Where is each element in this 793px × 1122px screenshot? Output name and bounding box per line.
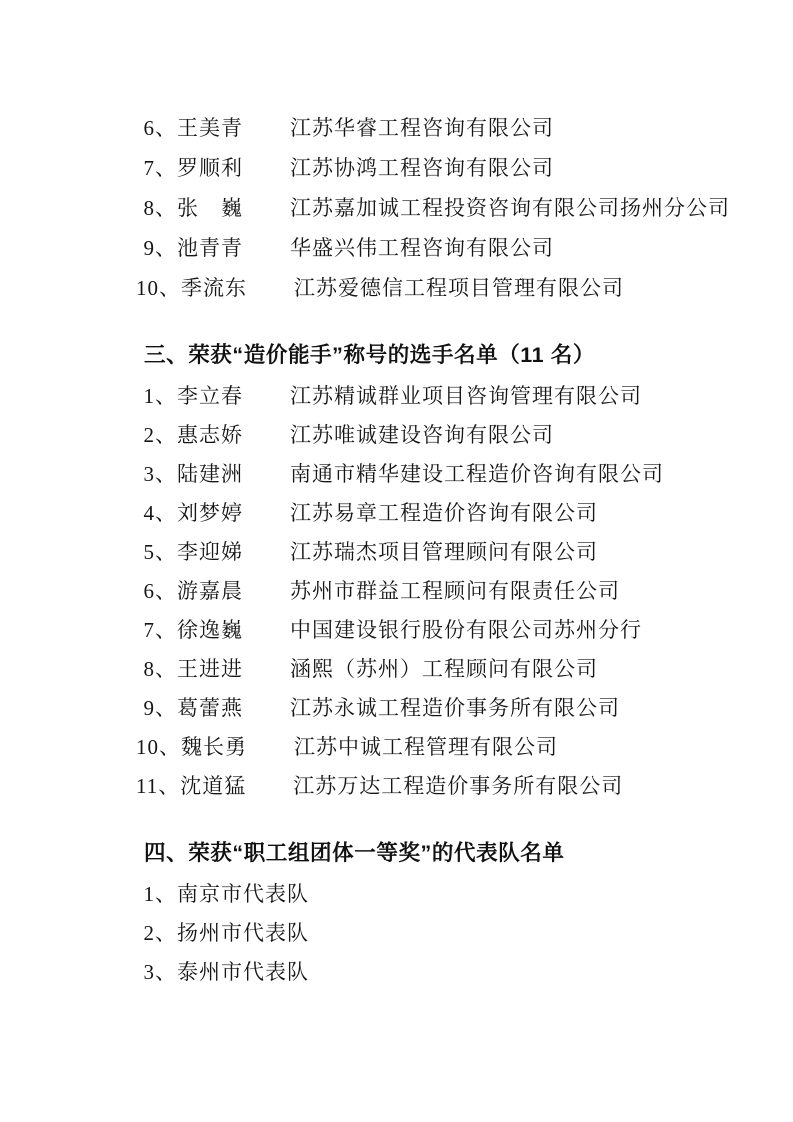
person-name: 陆建洲 <box>177 455 290 494</box>
organization-name: 江苏易章工程造价咨询有限公司 <box>290 494 753 533</box>
organization-name: 江苏华睿工程咨询有限公司 <box>290 108 753 148</box>
list-item: 8、 张 巍 江苏嘉加诚工程投资咨询有限公司扬州分公司 <box>136 188 753 228</box>
organization-name: 中国建设银行股份有限公司苏州分行 <box>290 611 753 650</box>
list-item: 11、 沈道猛 江苏万达工程造价事务所有限公司 <box>136 767 753 806</box>
organization-name: 江苏协鸿工程咨询有限公司 <box>290 148 753 188</box>
list-item: 6、 王美青 江苏华睿工程咨询有限公司 <box>136 108 753 148</box>
organization-name: 江苏中诚工程管理有限公司 <box>294 728 753 767</box>
list-item: 9、 葛蕾燕 江苏永诚工程造价事务所有限公司 <box>136 689 753 728</box>
item-number: 8、 <box>136 650 177 689</box>
list-item: 10、 季流东 江苏爱德信工程项目管理有限公司 <box>136 268 753 308</box>
organization-name: 苏州市群益工程顾问有限责任公司 <box>290 572 753 611</box>
organization-name: 江苏唯诚建设咨询有限公司 <box>290 416 753 455</box>
person-name: 葛蕾燕 <box>177 689 290 728</box>
item-number: 2、 <box>136 914 177 953</box>
list-item: 4、 刘梦婷 江苏易章工程造价咨询有限公司 <box>136 494 753 533</box>
list-item: 7、 徐逸巍 中国建设银行股份有限公司苏州分行 <box>136 611 753 650</box>
person-name: 刘梦婷 <box>177 494 290 533</box>
item-number: 6、 <box>136 108 177 148</box>
person-name: 李立春 <box>177 377 290 416</box>
list-item: 8、 王进进 涵熙（苏州）工程顾问有限公司 <box>136 650 753 689</box>
person-name: 罗顺利 <box>177 148 290 188</box>
person-name: 池青青 <box>177 228 290 268</box>
item-number: 7、 <box>136 148 177 188</box>
list-item: 3、 陆建洲 南通市精华建设工程造价咨询有限公司 <box>136 455 753 494</box>
item-number: 7、 <box>136 611 177 650</box>
organization-name: 华盛兴伟工程咨询有限公司 <box>290 228 753 268</box>
item-number: 9、 <box>136 689 177 728</box>
item-number: 1、 <box>136 377 177 416</box>
item-number: 2、 <box>136 416 177 455</box>
item-number: 3、 <box>136 953 177 992</box>
organization-name: 江苏精诚群业项目咨询管理有限公司 <box>290 377 753 416</box>
item-number: 6、 <box>136 572 177 611</box>
organization-name: 江苏万达工程造价事务所有限公司 <box>293 767 753 806</box>
organization-name: 江苏瑞杰项目管理顾问有限公司 <box>290 533 753 572</box>
organization-name: 江苏嘉加诚工程投资咨询有限公司扬州分公司 <box>290 188 753 228</box>
person-name: 王进进 <box>177 650 290 689</box>
list-item: 5、 李迎娣 江苏瑞杰项目管理顾问有限公司 <box>136 533 753 572</box>
item-number: 1、 <box>136 875 177 914</box>
list-item: 2、 惠志娇 江苏唯诚建设咨询有限公司 <box>136 416 753 455</box>
list-item: 10、 魏长勇 江苏中诚工程管理有限公司 <box>136 728 753 767</box>
list-item: 7、 罗顺利 江苏协鸿工程咨询有限公司 <box>136 148 753 188</box>
winners-list-continued: 6、 王美青 江苏华睿工程咨询有限公司 7、 罗顺利 江苏协鸿工程咨询有限公司 … <box>136 108 753 308</box>
list-item: 1、 李立春 江苏精诚群业项目咨询管理有限公司 <box>136 377 753 416</box>
section-four: 四、荣获“职工组团体一等奖”的代表队名单 1、 南京市代表队 2、 扬州市代表队… <box>136 833 753 992</box>
item-number: 8、 <box>136 188 177 228</box>
item-number: 10、 <box>136 728 181 767</box>
section-heading: 三、荣获“造价能手”称号的选手名单（11 名） <box>136 335 753 375</box>
organization-name: 江苏永诚工程造价事务所有限公司 <box>290 689 753 728</box>
item-number: 4、 <box>136 494 177 533</box>
organization-name: 涵熙（苏州）工程顾问有限公司 <box>290 650 753 689</box>
person-name: 徐逸巍 <box>177 611 290 650</box>
person-name: 惠志娇 <box>177 416 290 455</box>
item-number: 11、 <box>136 767 180 806</box>
list-item: 3、 泰州市代表队 <box>136 953 753 992</box>
person-name: 魏长勇 <box>181 728 294 767</box>
list-item: 6、 游嘉晨 苏州市群益工程顾问有限责任公司 <box>136 572 753 611</box>
list-item: 2、 扬州市代表队 <box>136 914 753 953</box>
team-name: 扬州市代表队 <box>177 914 309 953</box>
person-name: 游嘉晨 <box>177 572 290 611</box>
section-three: 三、荣获“造价能手”称号的选手名单（11 名） 1、 李立春 江苏精诚群业项目咨… <box>136 335 753 806</box>
section-heading: 四、荣获“职工组团体一等奖”的代表队名单 <box>136 833 753 873</box>
list-item: 1、 南京市代表队 <box>136 875 753 914</box>
item-number: 9、 <box>136 228 177 268</box>
item-number: 3、 <box>136 455 177 494</box>
person-name: 李迎娣 <box>177 533 290 572</box>
item-number: 10、 <box>136 268 181 308</box>
item-number: 5、 <box>136 533 177 572</box>
organization-name: 江苏爱德信工程项目管理有限公司 <box>294 268 753 308</box>
team-name: 泰州市代表队 <box>177 953 309 992</box>
person-name: 沈道猛 <box>180 767 293 806</box>
document-page: 6、 王美青 江苏华睿工程咨询有限公司 7、 罗顺利 江苏协鸿工程咨询有限公司 … <box>0 0 793 1122</box>
person-name: 季流东 <box>181 268 294 308</box>
team-name: 南京市代表队 <box>177 875 309 914</box>
person-name: 王美青 <box>177 108 290 148</box>
organization-name: 南通市精华建设工程造价咨询有限公司 <box>290 455 753 494</box>
person-name: 张 巍 <box>177 188 290 228</box>
document-content: 6、 王美青 江苏华睿工程咨询有限公司 7、 罗顺利 江苏协鸿工程咨询有限公司 … <box>0 0 793 992</box>
list-item: 9、 池青青 华盛兴伟工程咨询有限公司 <box>136 228 753 268</box>
